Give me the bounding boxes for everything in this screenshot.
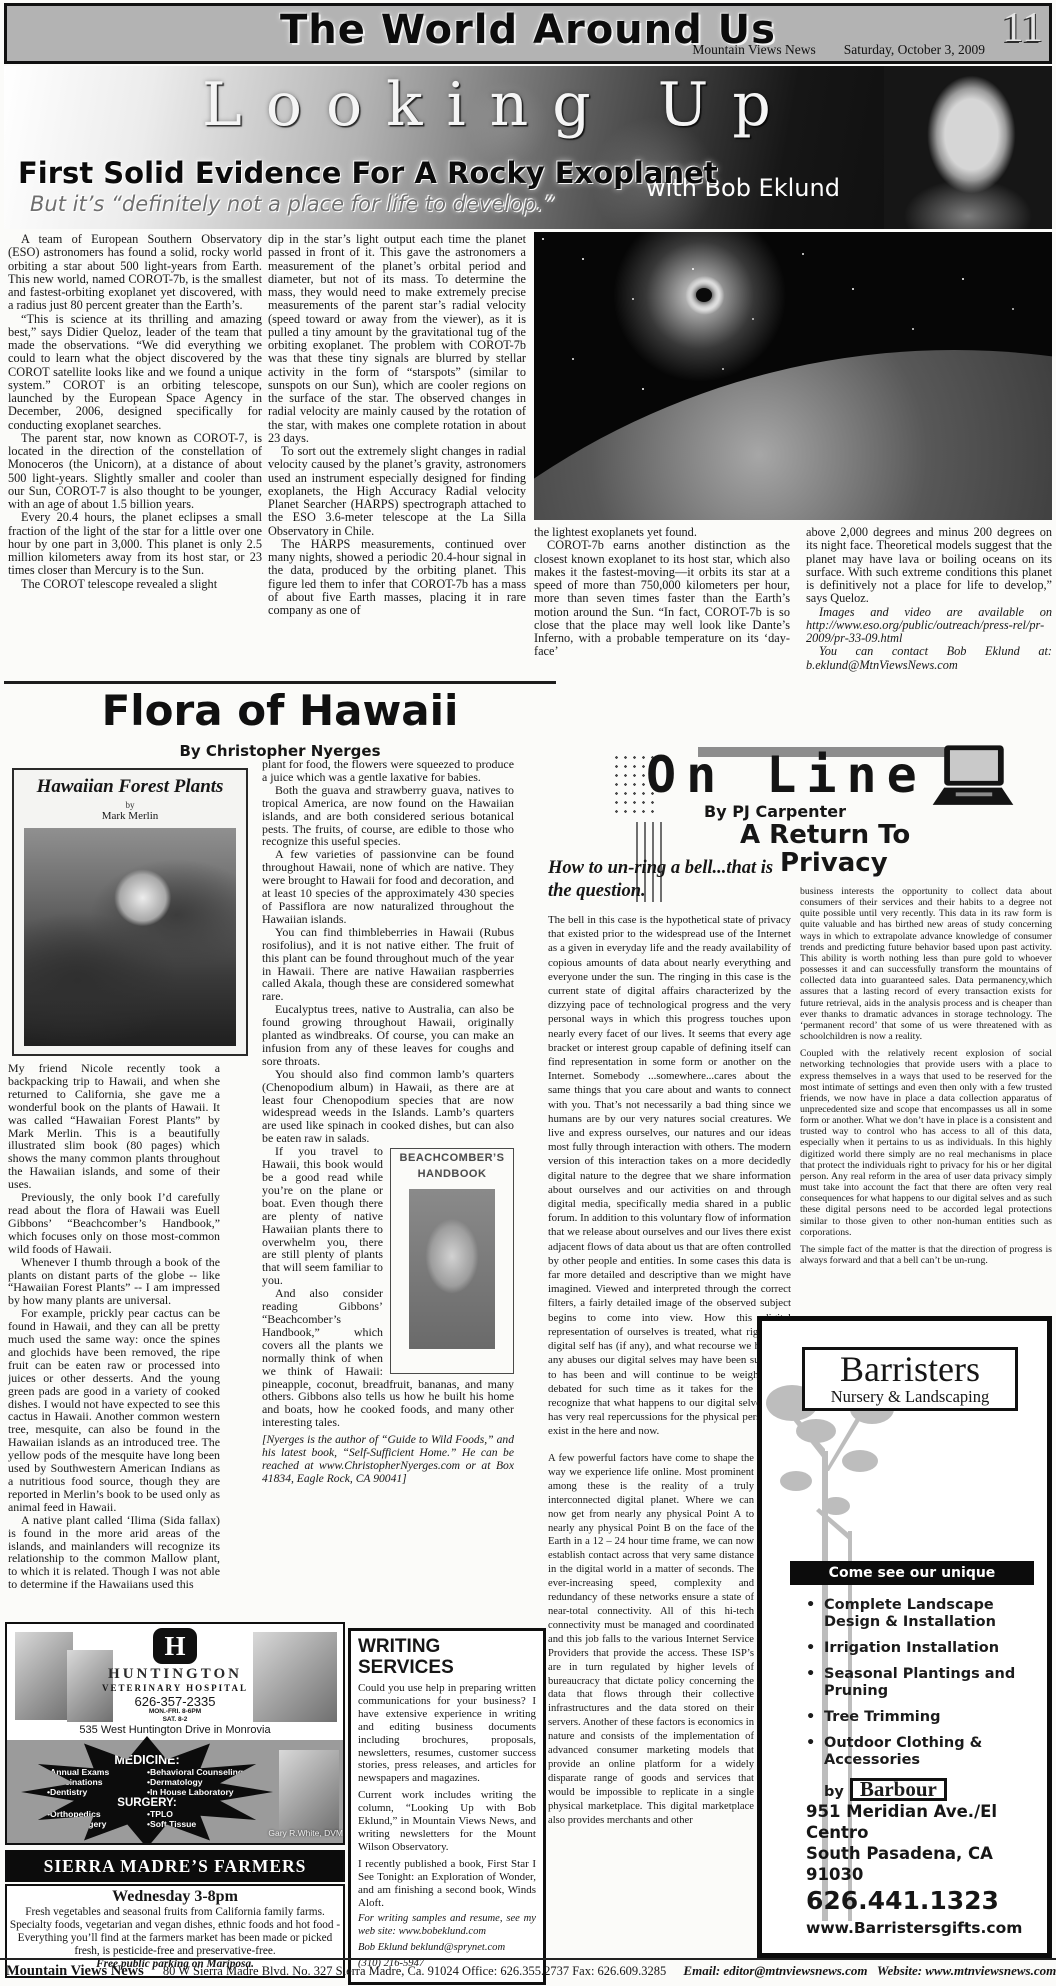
surgery-list: •Orthopedics •TPLO •Neurosurgery •Soft T… [47,1809,247,1829]
service-item: Irrigation Installation [806,1640,1042,1657]
paragraph: The parent star, now known as COROT-7, i… [8,432,262,512]
on-line-column-1-continued: A few powerful factors have come to shap… [548,1452,754,1954]
service-item: Seasonal Plantings and Pruning [806,1666,1042,1700]
medicine-item: •Annual Exams [47,1767,147,1777]
paragraph: You can find thimbleberries in Hawaii (R… [262,926,514,1003]
gifts-banner: Come see our unique European gifts! [790,1561,1034,1585]
article-subhead: But it’s “definitely not a place for lif… [30,192,554,216]
on-line-title: On Line [646,746,927,804]
barristers-tagline: Nursery & Landscaping [805,1388,1015,1405]
on-line-byline: By PJ Carpenter [704,802,846,821]
writing-samples-note: For writing samples and resume, see my w… [358,1913,536,1937]
paragraph: I recently published a book, First Star … [358,1858,536,1910]
services-band: MEDICINE: •Annual Exams •Behavioral Coun… [7,1740,343,1843]
barbour-line: byBarbour [806,1778,1042,1801]
exoplanet-column-1: A team of European Southern Observatory … [8,233,262,682]
farmers-market-banner: SIERRA MADRE’S FARMERS MARKET! [5,1850,345,1882]
medicine-item: •Vaccinations [47,1777,147,1787]
paragraph: A native plant called ‘Ilima (Sida falla… [8,1514,220,1591]
contact-email: Bob Eklund beklund@sprynet.com [358,1942,536,1954]
laptop-icon [925,742,1021,814]
book-cover-image: Hawaiian Forest Plants by Mark Merlin [12,768,248,1056]
starburst-decoration: MEDICINE: •Annual Exams •Behavioral Coun… [21,1736,273,1845]
section-divider [4,681,556,684]
barbour-logo: Barbour [850,1778,947,1801]
paragraph: Previously, the only book I’d carefully … [8,1191,220,1256]
footer-email-label: Email: [683,1963,720,1978]
barristers-address-1: 951 Meridian Ave./El Centro [806,1801,1046,1843]
bob-eklund-photo [884,66,1052,229]
exoplanet-column-2: dip in the star’s light output each time… [268,233,526,682]
paragraph: the lightest exoplanets yet found. [534,526,790,539]
surgery-item: •Neurosurgery [47,1819,147,1829]
exoplanet-column-4: above 2,000 degrees and minus 200 degree… [806,526,1052,726]
paragraph: above 2,000 degrees and minus 200 degree… [806,526,1052,606]
beachcombers-handbook-cover: BEACHCOMBER’S HANDBOOK [390,1148,514,1374]
vet-caption: Gary R.White, DVM [239,1828,343,1838]
on-line-column-2: business interests the opportunity to co… [800,886,1052,1310]
writing-services-body: Could you use help in preparing written … [358,1682,536,1970]
by-label: by [824,1784,844,1800]
footer-divider [0,1958,1056,1960]
page-footer: Mountain Views News 80 W Sierra Madre Bl… [6,1963,1052,1980]
page-number: 11 [1003,4,1043,52]
inset-cover-photo [409,1189,495,1349]
barristers-address-block: 951 Meridian Ave./El Centro South Pasade… [806,1801,1046,1939]
paper-name-and-date: Mountain Views NewsSaturday, October 3, … [692,42,985,58]
footer-address: 80 W Sierra Madre Blvd. No. 327 Sierra M… [163,1964,666,1978]
paragraph: A few powerful factors have come to shap… [548,1452,754,1827]
transit-spot [696,288,712,302]
barristers-website: www.Barristersgifts.com [806,1917,1046,1939]
image-credit-note: Images and video are available on http:/… [806,606,1052,646]
medicine-label: MEDICINE: [21,1753,273,1767]
on-line-column-1: The bell in this case is the hypothetica… [548,913,791,1440]
book-cover-title: Hawaiian Forest Plants [14,776,246,798]
paragraph: Could you use help in preparing written … [358,1682,536,1785]
hospital-subtitle: VETERINARY HOSPITAL [7,1683,343,1693]
vet-photo [279,1750,339,1836]
author-footnote: [Nyerges is the author of “Guide to Wild… [262,1434,514,1486]
surgery-item: •Orthopedics [47,1809,147,1819]
barristers-ad: Barristers Nursery & Landscaping Come se… [757,1316,1052,1958]
book-cover-photo [24,828,236,1046]
hospital-hours-1: MON.-FRI. 8-6PM [7,1708,343,1715]
paragraph: “This is science at its thrilling and am… [8,313,262,432]
paragraph: For example, prickly pear cactus can be … [8,1307,220,1514]
exoplanet-column-3: the lightest exoplanets yet found. COROT… [534,526,790,675]
paragraph: A few varieties of passionvine can be fo… [262,848,514,925]
starfield-decoration [542,238,544,240]
footer-paper-name: Mountain Views News [6,1963,144,1979]
paragraph: business interests the opportunity to co… [800,886,1052,1042]
service-item: Complete Landscape Design & Installation [806,1597,1042,1631]
on-line-headline: How to un-ring a bell...that is the ques… [548,857,800,903]
issue-date: Saturday, October 3, 2009 [844,42,985,57]
footer-website-label: Website: [877,1963,922,1978]
farmers-market-line1: Fresh vegetables and seasonal fruits fro… [7,1906,343,1919]
footer-website: www.mtnviewsnews.com [925,1963,1056,1978]
barristers-logo-box: Barristers Nursery & Landscaping [802,1347,1018,1411]
medicine-item: •Dermatology [147,1777,247,1787]
paragraph: You should also find common lamb’s quart… [262,1068,514,1145]
planet-surface [534,350,1052,520]
medicine-item: •Dentistry [47,1787,147,1797]
service-item: Tree Trimming [806,1709,1042,1726]
flora-column-1: My friend Nicole recently took a backpac… [8,1062,220,1614]
contact-note: You can contact Bob Eklund at: b.eklund@… [806,645,1052,672]
barristers-services-list: Complete Landscape Design & Installation… [806,1597,1042,1801]
inset-cover-title-1: BEACHCOMBER’S [391,1152,513,1165]
paragraph: Both the guava and strawberry guava, nat… [262,784,514,849]
barristers-phone: 626.441.1323 [806,1885,1046,1917]
paragraph: dip in the star’s light output each time… [268,233,526,445]
footer-email: editor@mtnviewsnews.com [723,1963,867,1978]
hospital-hours-2: SAT. 8-2 [7,1716,343,1723]
huntington-logo: H [153,1628,197,1664]
paragraph: My friend Nicole recently took a backpac… [8,1062,220,1191]
barristers-address-2: South Pasadena, CA 91030 [806,1843,1046,1885]
book-cover-author: Mark Merlin [14,810,246,822]
on-line-article-title-1: A Return To [740,820,910,850]
paragraph: To sort out the extremely slight changes… [268,445,526,538]
huntington-vet-ad: H HUNTINGTON VETERINARY HOSPITAL 626-357… [5,1622,345,1845]
surgery-item: •TPLO [147,1809,247,1819]
writing-services-ad: WRITING SERVICES Could you use help in p… [348,1628,546,1985]
barristers-name: Barristers [805,1350,1015,1388]
article-headline: First Solid Evidence For A Rocky Exoplan… [18,156,718,190]
farmers-market-line2: Specialty foods, vegetarian and vegan di… [7,1919,343,1958]
paragraph: Current work includes writing the column… [358,1789,536,1854]
writing-services-title: WRITING SERVICES [358,1636,536,1678]
inset-cover-title-2: HANDBOOK [391,1168,513,1181]
paragraph: The HARPS measurements, continued over m… [268,538,526,618]
paragraph: The simple fact of the matter is that th… [800,1244,1052,1266]
medicine-item: •In House Laboratory [147,1787,247,1797]
hospital-phone: 626-357-2335 [7,1694,343,1709]
looking-up-banner: Looking Up with Bob Eklund First Solid E… [4,66,1052,229]
page-header: The World Around Us 11 Mountain Views Ne… [4,3,1052,64]
surgery-label: SURGERY: [21,1797,273,1809]
paragraph: Whenever I thumb through a book of the p… [8,1256,220,1308]
flora-title: Flora of Hawaii [4,686,556,735]
paragraph: The bell in this case is the hypothetica… [548,913,791,1439]
paragraph: Coupled with the relatively recent explo… [800,1048,1052,1238]
service-item: Outdoor Clothing & Accessories [806,1735,1042,1769]
paragraph: A team of European Southern Observatory … [8,233,262,313]
surgery-item: •Soft Tissue [147,1819,247,1829]
farmers-market-when: Wednesday 3-8pm [7,1888,343,1906]
book-cover-by: by [14,800,246,810]
hospital-name: HUNTINGTON [7,1666,343,1683]
paragraph: The COROT telescope revealed a slight [8,578,262,591]
paragraph: Eucalyptus trees, native to Australia, c… [262,1003,514,1068]
medicine-list: •Annual Exams •Behavioral Counseling •Va… [47,1767,247,1797]
flora-column-2: plant for food, the flowers were squeeze… [262,758,514,1622]
paragraph: COROT-7b earns another distinction as th… [534,539,790,658]
hospital-address: 535 West Huntington Drive in Monrovia [7,1724,343,1736]
medicine-item: •Behavioral Counseling [147,1767,247,1777]
paper-name: Mountain Views News [692,42,815,57]
exoplanet-photo [534,232,1052,520]
paragraph: Every 20.4 hours, the planet eclipses a … [8,511,262,577]
column-title: Looking Up [202,70,795,140]
paragraph: plant for food, the flowers were squeeze… [262,758,514,784]
